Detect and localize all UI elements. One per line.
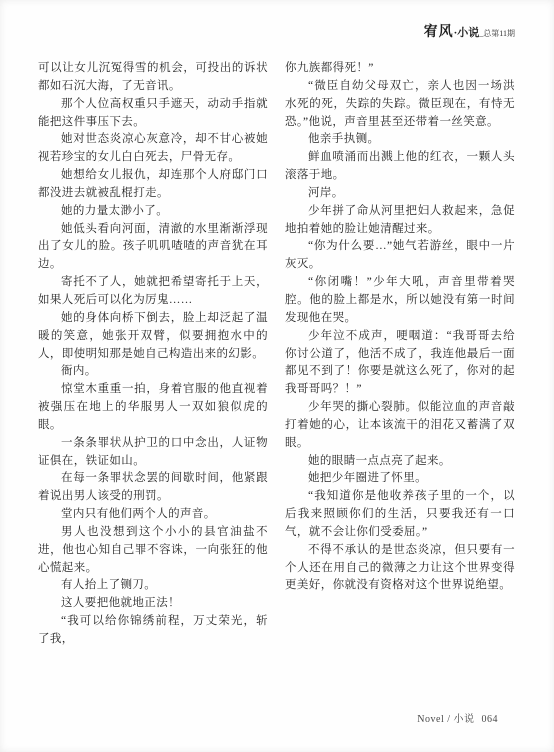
page-number: 064 <box>482 714 499 725</box>
paragraph-left-0: 可以让女儿沉冤得雪的机会，可投出的诉状都如石沉大海，了无音讯。 <box>38 60 268 96</box>
column-left: 可以让女儿沉冤得雪的机会，可投出的诉状都如石沉大海，了无音讯。那个人位高权重只手… <box>38 60 268 649</box>
paragraph-right-6: “你为什么要…”她气若游丝，眼中一片灰灭。 <box>285 238 515 274</box>
article-body: 可以让女儿沉冤得雪的机会，可投出的诉状都如石沉大海，了无音讯。那个人位高权重只手… <box>38 60 516 649</box>
paragraph-right-10: 她的眼睛一点点亮了起来。 <box>285 453 515 471</box>
magazine-issue-label: _总第11期 <box>479 29 515 38</box>
paragraph-right-0: 你九族都得死！” <box>285 60 515 78</box>
paragraph-left-4: 她的力量太渺小了。 <box>38 203 268 221</box>
paragraph-left-3: 她想给女儿报仇，却连那个人府邸门口都没进去就被乱棍打走。 <box>38 167 268 203</box>
paragraph-left-13: 男人也没想到这个小小的县官油盐不进，他也心知自己罪不容诛，一向张狂的他心慌起来。 <box>38 524 268 578</box>
paragraph-right-4: 河岸。 <box>285 185 515 203</box>
column-right: 你九族都得死！”“微臣自幼父母双亡，亲人也因一场洪水死的死，失踪的失踪。微臣现在… <box>285 60 515 649</box>
paragraph-left-1: 那个人位高权重只手遮天，动动手指就能把这件事压下去。 <box>38 96 268 132</box>
page-footer: Novel / 小说064 <box>417 710 498 725</box>
paragraph-right-2: 他亲手执铡。 <box>285 131 515 149</box>
paragraph-left-5: 她低头看向河面，清澈的水里渐渐浮现出了女儿的脸。孩子叽叽喳喳的声音犹在耳边。 <box>38 221 268 275</box>
paragraph-left-14: 有人抬上了铡刀。 <box>38 577 268 595</box>
paragraph-left-9: 惊堂木重重一拍，身着官服的他直视着被强压在地上的华服男人一双如狼似虎的眼。 <box>38 381 268 435</box>
paragraph-left-12: 堂内只有他们两个人的声音。 <box>38 506 268 524</box>
paragraph-right-11: 她把少年圈进了怀里。 <box>285 470 515 488</box>
magazine-section-label: ·小说 <box>454 27 480 39</box>
paragraph-left-2: 她对世态炎凉心灰意冷，却不甘心被她视若珍宝的女儿白白死去，尸骨无存。 <box>38 131 268 167</box>
footer-section-label: Novel / 小说 <box>417 714 474 725</box>
paragraph-left-11: 在每一条罪状念罢的间歇时间，他紧跟着说出男人该受的刑罚。 <box>38 470 268 506</box>
paragraph-left-6: 寄托不了人，她就把希望寄托于上天，如果人死后可以化为厉鬼…… <box>38 274 268 310</box>
magazine-logo: 宥风 <box>424 25 454 40</box>
paragraph-right-5: 少年拼了命从河里把妇人救起来，急促地拍着她的脸让她清醒过来。 <box>285 203 515 239</box>
paragraph-right-3: 鲜血喷涌而出溅上他的红衣，一颗人头滚落于地。 <box>285 149 515 185</box>
paragraph-left-7: 她的身体向桥下倒去，脸上却泛起了温暖的笑意，她张开双臂，似要拥抱水中的人，即使明… <box>38 310 268 364</box>
paragraph-right-9: 少年哭的撕心裂肺。似能泣血的声音敲打着她的心，让本该流干的泪花又蓄满了双眼。 <box>285 399 515 453</box>
paragraph-right-8: 少年泣不成声，哽咽道：“我哥哥去给你讨公道了，他活不成了，我连他最后一面都见不到… <box>285 328 515 399</box>
page-header: 宥风·小说_总第11期 <box>424 24 515 40</box>
magazine-page: 宥风·小说_总第11期 可以让女儿沉冤得雪的机会，可投出的诉状都如石沉大海，了无… <box>0 0 554 752</box>
paragraph-right-1: “微臣自幼父母双亡，亲人也因一场洪水死的死，失踪的失踪。微臣现在，有恃无恐。”他… <box>285 78 515 132</box>
paragraph-right-13: 不得不承认的是世态炎凉，但只要有一个人还在用自己的微薄之力让这个世界变得更美好，… <box>285 542 515 596</box>
paragraph-left-15: 这人要把他就地正法！ <box>38 595 268 613</box>
paragraph-right-12: “我知道你是他收养孩子里的一个，以后我来照顾你们的生活，只要我还有一口气，就不会… <box>285 488 515 542</box>
paragraph-left-10: 一条条罪状从护卫的口中念出，人证物证俱在，铁证如山。 <box>38 435 268 471</box>
paragraph-left-8: 衙内。 <box>38 363 268 381</box>
paragraph-left-16: “我可以给你锦绣前程，万丈荣光，斩了我， <box>38 613 268 649</box>
paragraph-right-7: “你闭嘴！”少年大吼，声音里带着哭腔。他的脸上都是水，所以她没有第一时间发现他在… <box>285 274 515 328</box>
